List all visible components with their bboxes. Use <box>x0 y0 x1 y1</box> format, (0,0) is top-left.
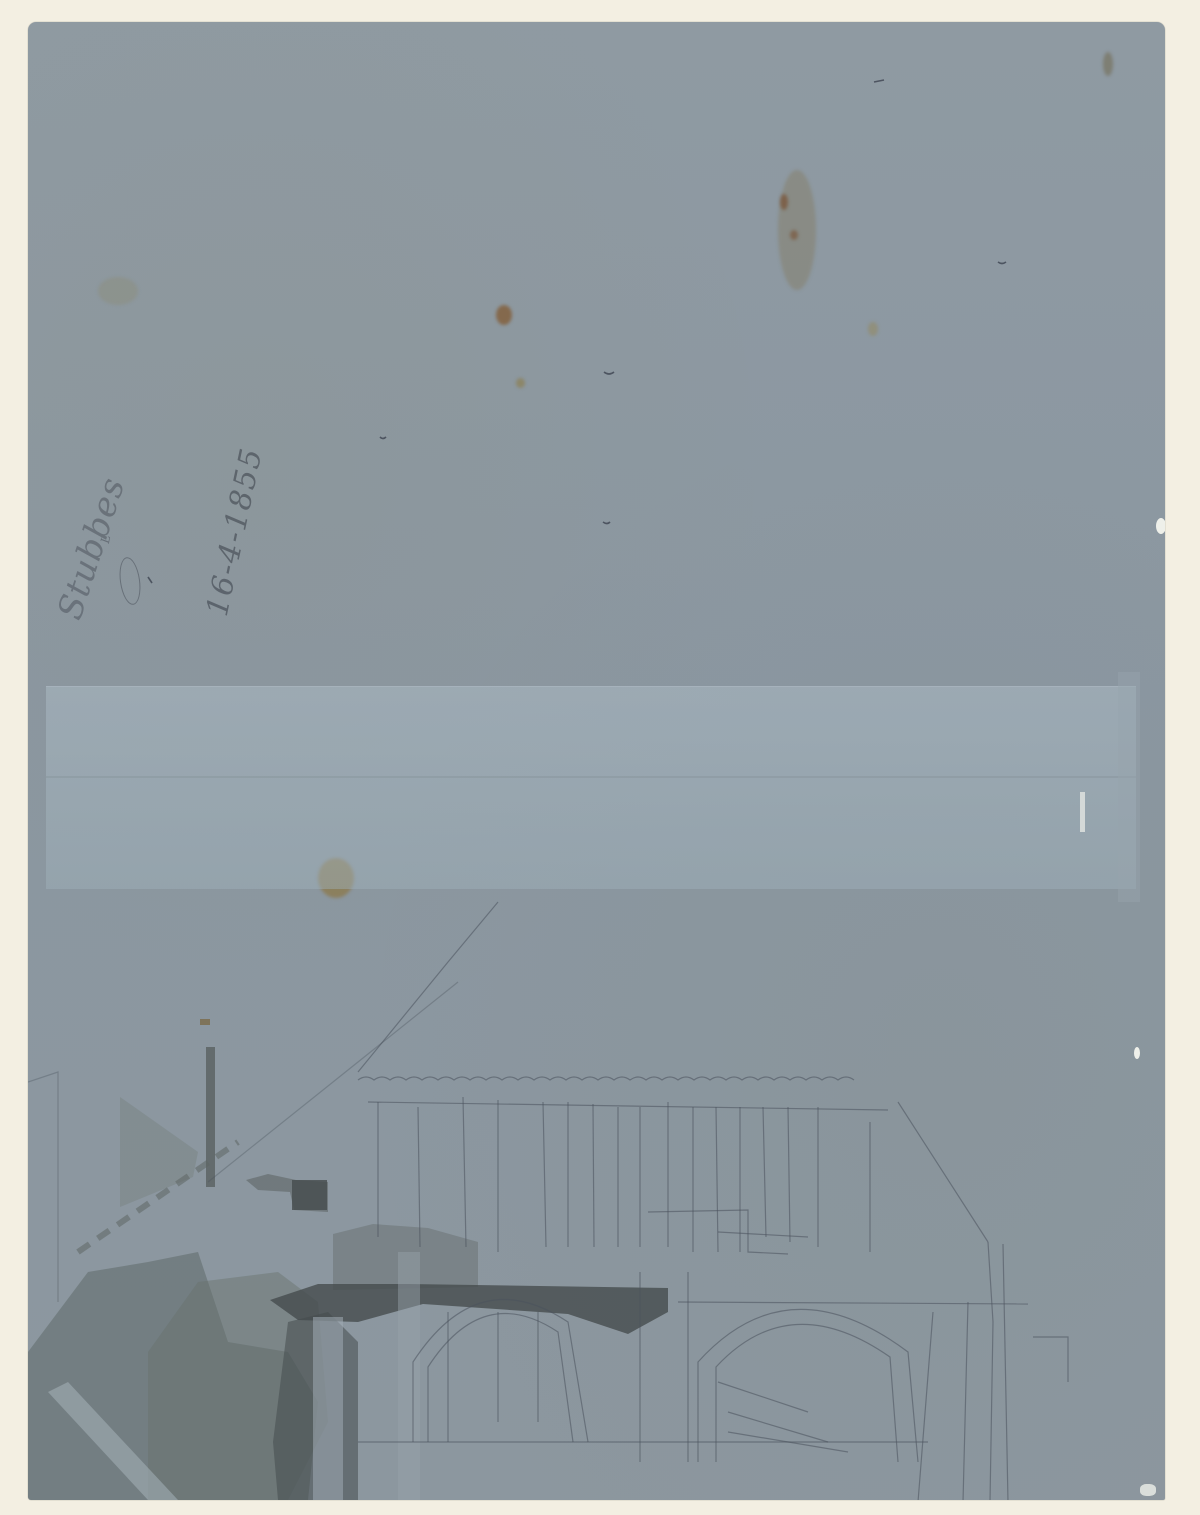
pier <box>918 1312 933 1500</box>
pale-column <box>398 1252 420 1500</box>
arch <box>716 1324 898 1462</box>
guide-line <box>28 1072 58 1302</box>
mast-tip <box>200 1019 210 1025</box>
stray-marks <box>148 80 1006 583</box>
pier <box>988 1242 993 1500</box>
roof-slope <box>898 1102 988 1242</box>
colonnade <box>378 1097 870 1254</box>
cornice-line <box>678 1302 1028 1304</box>
paper-loss <box>1134 1047 1140 1059</box>
arch <box>428 1313 573 1442</box>
sail-wash <box>120 1097 198 1207</box>
scalloped-roofline <box>358 1077 854 1080</box>
wash-layer <box>28 1019 668 1500</box>
architectural-sketch <box>28 22 1165 1500</box>
paper-sheet: Stubbes L 16-4-1855 <box>28 22 1165 1500</box>
pale-column <box>313 1317 343 1500</box>
small-window <box>1033 1337 1068 1382</box>
guide-line <box>208 982 458 1182</box>
arch-timbers <box>718 1382 808 1412</box>
roof-slope <box>358 902 498 1072</box>
cornice-line <box>368 1102 888 1110</box>
arch <box>698 1309 918 1462</box>
flag-dark <box>292 1180 327 1210</box>
paper-loss <box>1156 518 1165 534</box>
pier <box>963 1302 968 1500</box>
arch <box>413 1300 588 1443</box>
paper-loss <box>1080 792 1085 832</box>
paper-loss <box>1140 1484 1156 1496</box>
pier <box>1003 1244 1008 1500</box>
